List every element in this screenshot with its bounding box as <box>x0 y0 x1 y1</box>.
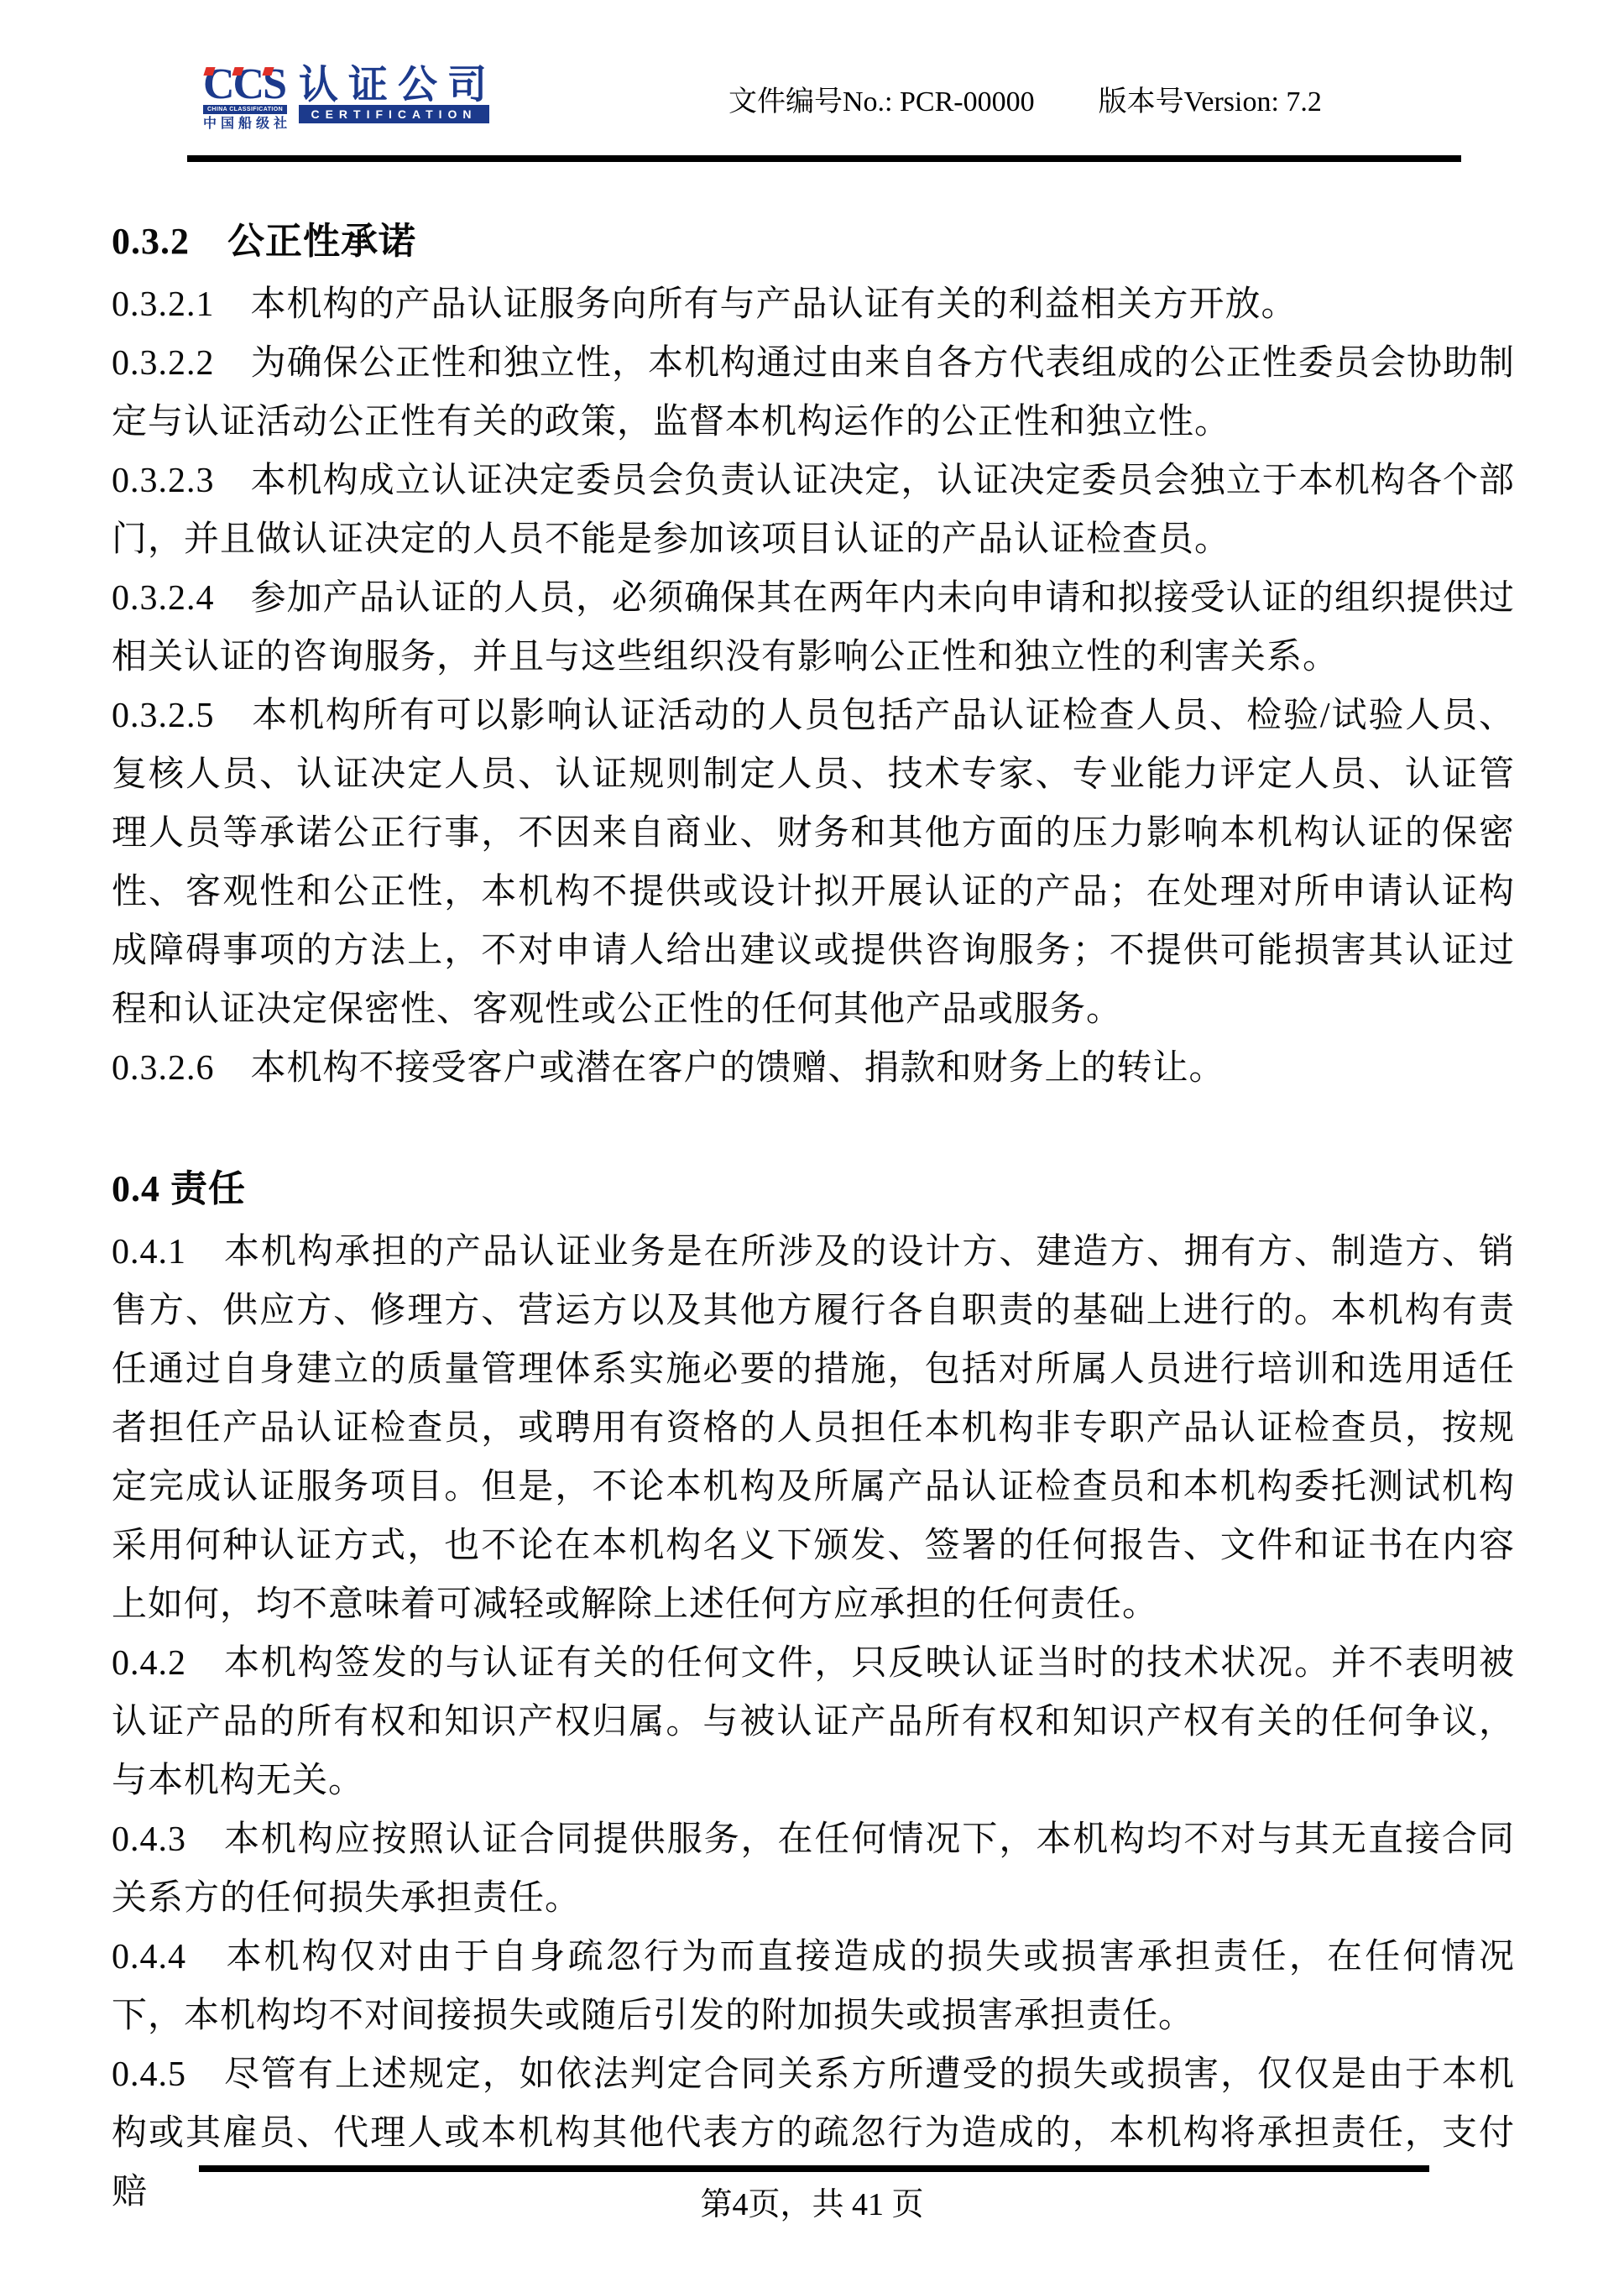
document-section: 0.3.2 公正性承诺 0.3.2.1 本机构的产品认证服务向所有与产品认证有关… <box>112 207 1515 1098</box>
doc-number: 文件编号No.: PCR-00000 <box>728 86 1035 119</box>
doc-version: 版本号Version: 7.2 <box>1099 86 1322 119</box>
document-body: 0.3.2 公正性承诺 0.3.2.1 本机构的产品认证服务向所有与产品认证有关… <box>112 207 1515 2222</box>
paragraph: 0.4.2 本机构签发的与认证有关的任何文件，只反映认证当时的技术状况。并不表明… <box>112 1634 1515 1810</box>
ccs-logo-left-block: CCS CHINA CLASSIFICATION SOCIETY 中国船级社 <box>203 67 287 130</box>
ccs-logo-right-block: 认证公司 CERTIFICATION <box>299 67 497 130</box>
ccs-logo: CCS CHINA CLASSIFICATION SOCIETY 中国船级社 认… <box>203 67 497 130</box>
section-heading: 0.4 责任 <box>112 1155 1515 1223</box>
paragraph: 0.3.2.4 参加产品认证的人员，必须确保其在两年内未向申请和拟接受认证的组织… <box>112 569 1515 687</box>
paragraph: 0.4.3 本机构应按照认证合同提供服务，在任何情况下，本机构均不对与其无直接合… <box>112 1810 1515 1928</box>
ccs-logo-letters-wrap: CCS <box>203 67 287 102</box>
document-meta: 文件编号No.: PCR-00000 版本号Version: 7.2 <box>728 86 1322 119</box>
certification-banner: CERTIFICATION <box>299 105 489 123</box>
paragraph: 0.4.4 本机构仅对由于自身疏忽行为而直接造成的损失或损害承担责任，在任何情况… <box>112 1928 1515 2045</box>
ccs-society-chinese: 中国船级社 <box>203 116 287 130</box>
document-header: CCS CHINA CLASSIFICATION SOCIETY 中国船级社 认… <box>0 0 1624 164</box>
document-section: 0.4 责任 0.4.1 本机构承担的产品认证业务是在所涉及的设计方、建造方、拥… <box>112 1155 1515 2222</box>
section-heading: 0.3.2 公正性承诺 <box>112 207 1515 275</box>
paragraph: 0.3.2.5 本机构所有可以影响认证活动的人员包括产品认证检查人员、检验/试验… <box>112 687 1515 1039</box>
certification-company-chinese: 认证公司 <box>299 67 497 103</box>
footer-divider <box>199 2165 1429 2172</box>
paragraph: 0.4.1 本机构承担的产品认证业务是在所涉及的设计方、建造方、拥有方、制造方、… <box>112 1223 1515 1634</box>
paragraph: 0.3.2.2 为确保公正性和独立性，本机构通过由来自各方代表组成的公正性委员会… <box>112 334 1515 452</box>
header-divider <box>187 155 1461 162</box>
page-number: 第4页，共 41 页 <box>0 2183 1624 2227</box>
paragraph: 0.3.2.6 本机构不接受客户或潜在客户的馈赠、捐款和财务上的转让。 <box>112 1039 1515 1098</box>
document-page: { "colors": { "brand_blue": "#1c3a8c", "… <box>0 0 1624 2287</box>
paragraph: 0.3.2.3 本机构成立认证决定委员会负责认证决定，认证决定委员会独立于本机构… <box>112 452 1515 569</box>
paragraph: 0.3.2.1 本机构的产品认证服务向所有与产品认证有关的利益相关方开放。 <box>112 275 1515 334</box>
